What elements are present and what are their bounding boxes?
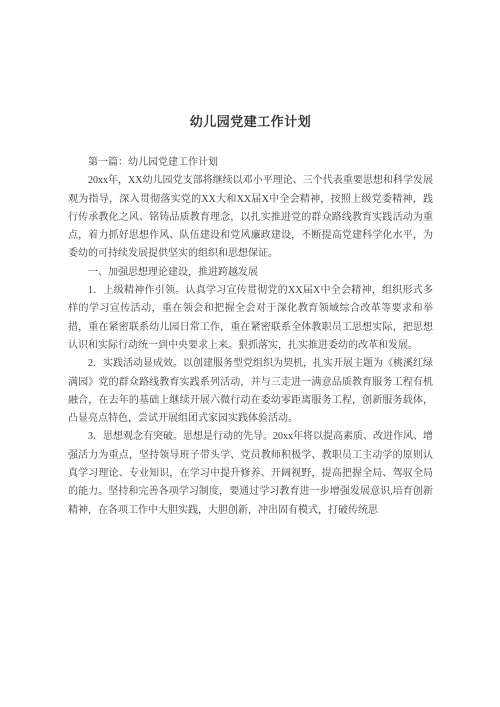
document-paragraph-item-1: 1．上级精神作引领。认真学习宣传贯彻党的XX届X中全会精神，组织形式多样的学习宣… xyxy=(68,282,433,355)
document-page: 幼儿园党建工作计划 第一篇：幼儿园党建工作计划 20xx年，XX幼儿园党支部将继… xyxy=(0,0,500,707)
document-title: 幼儿园党建工作计划 xyxy=(68,112,433,131)
document-paragraph-item-3: 3．思想观念有突破。思想是行动的先导。20xx年将以提高素质、改进作风、增强活力… xyxy=(68,428,433,519)
document-paragraph-intro: 20xx年，XX幼儿园党支部将继续以邓小平理论、三个代表重要思想和科学发展观为指… xyxy=(68,172,433,263)
document-paragraph-heading-first-part: 第一篇：幼儿园党建工作计划 xyxy=(68,154,433,172)
document-paragraph-item-2: 2．实践活动显成效。以创建服务型党组织为契机，扎实开展主题为《桃溪红绿满园》党的… xyxy=(68,355,433,428)
document-paragraph-section-one-heading: 一、加强思想理论建设，推进跨越发展 xyxy=(68,264,433,282)
